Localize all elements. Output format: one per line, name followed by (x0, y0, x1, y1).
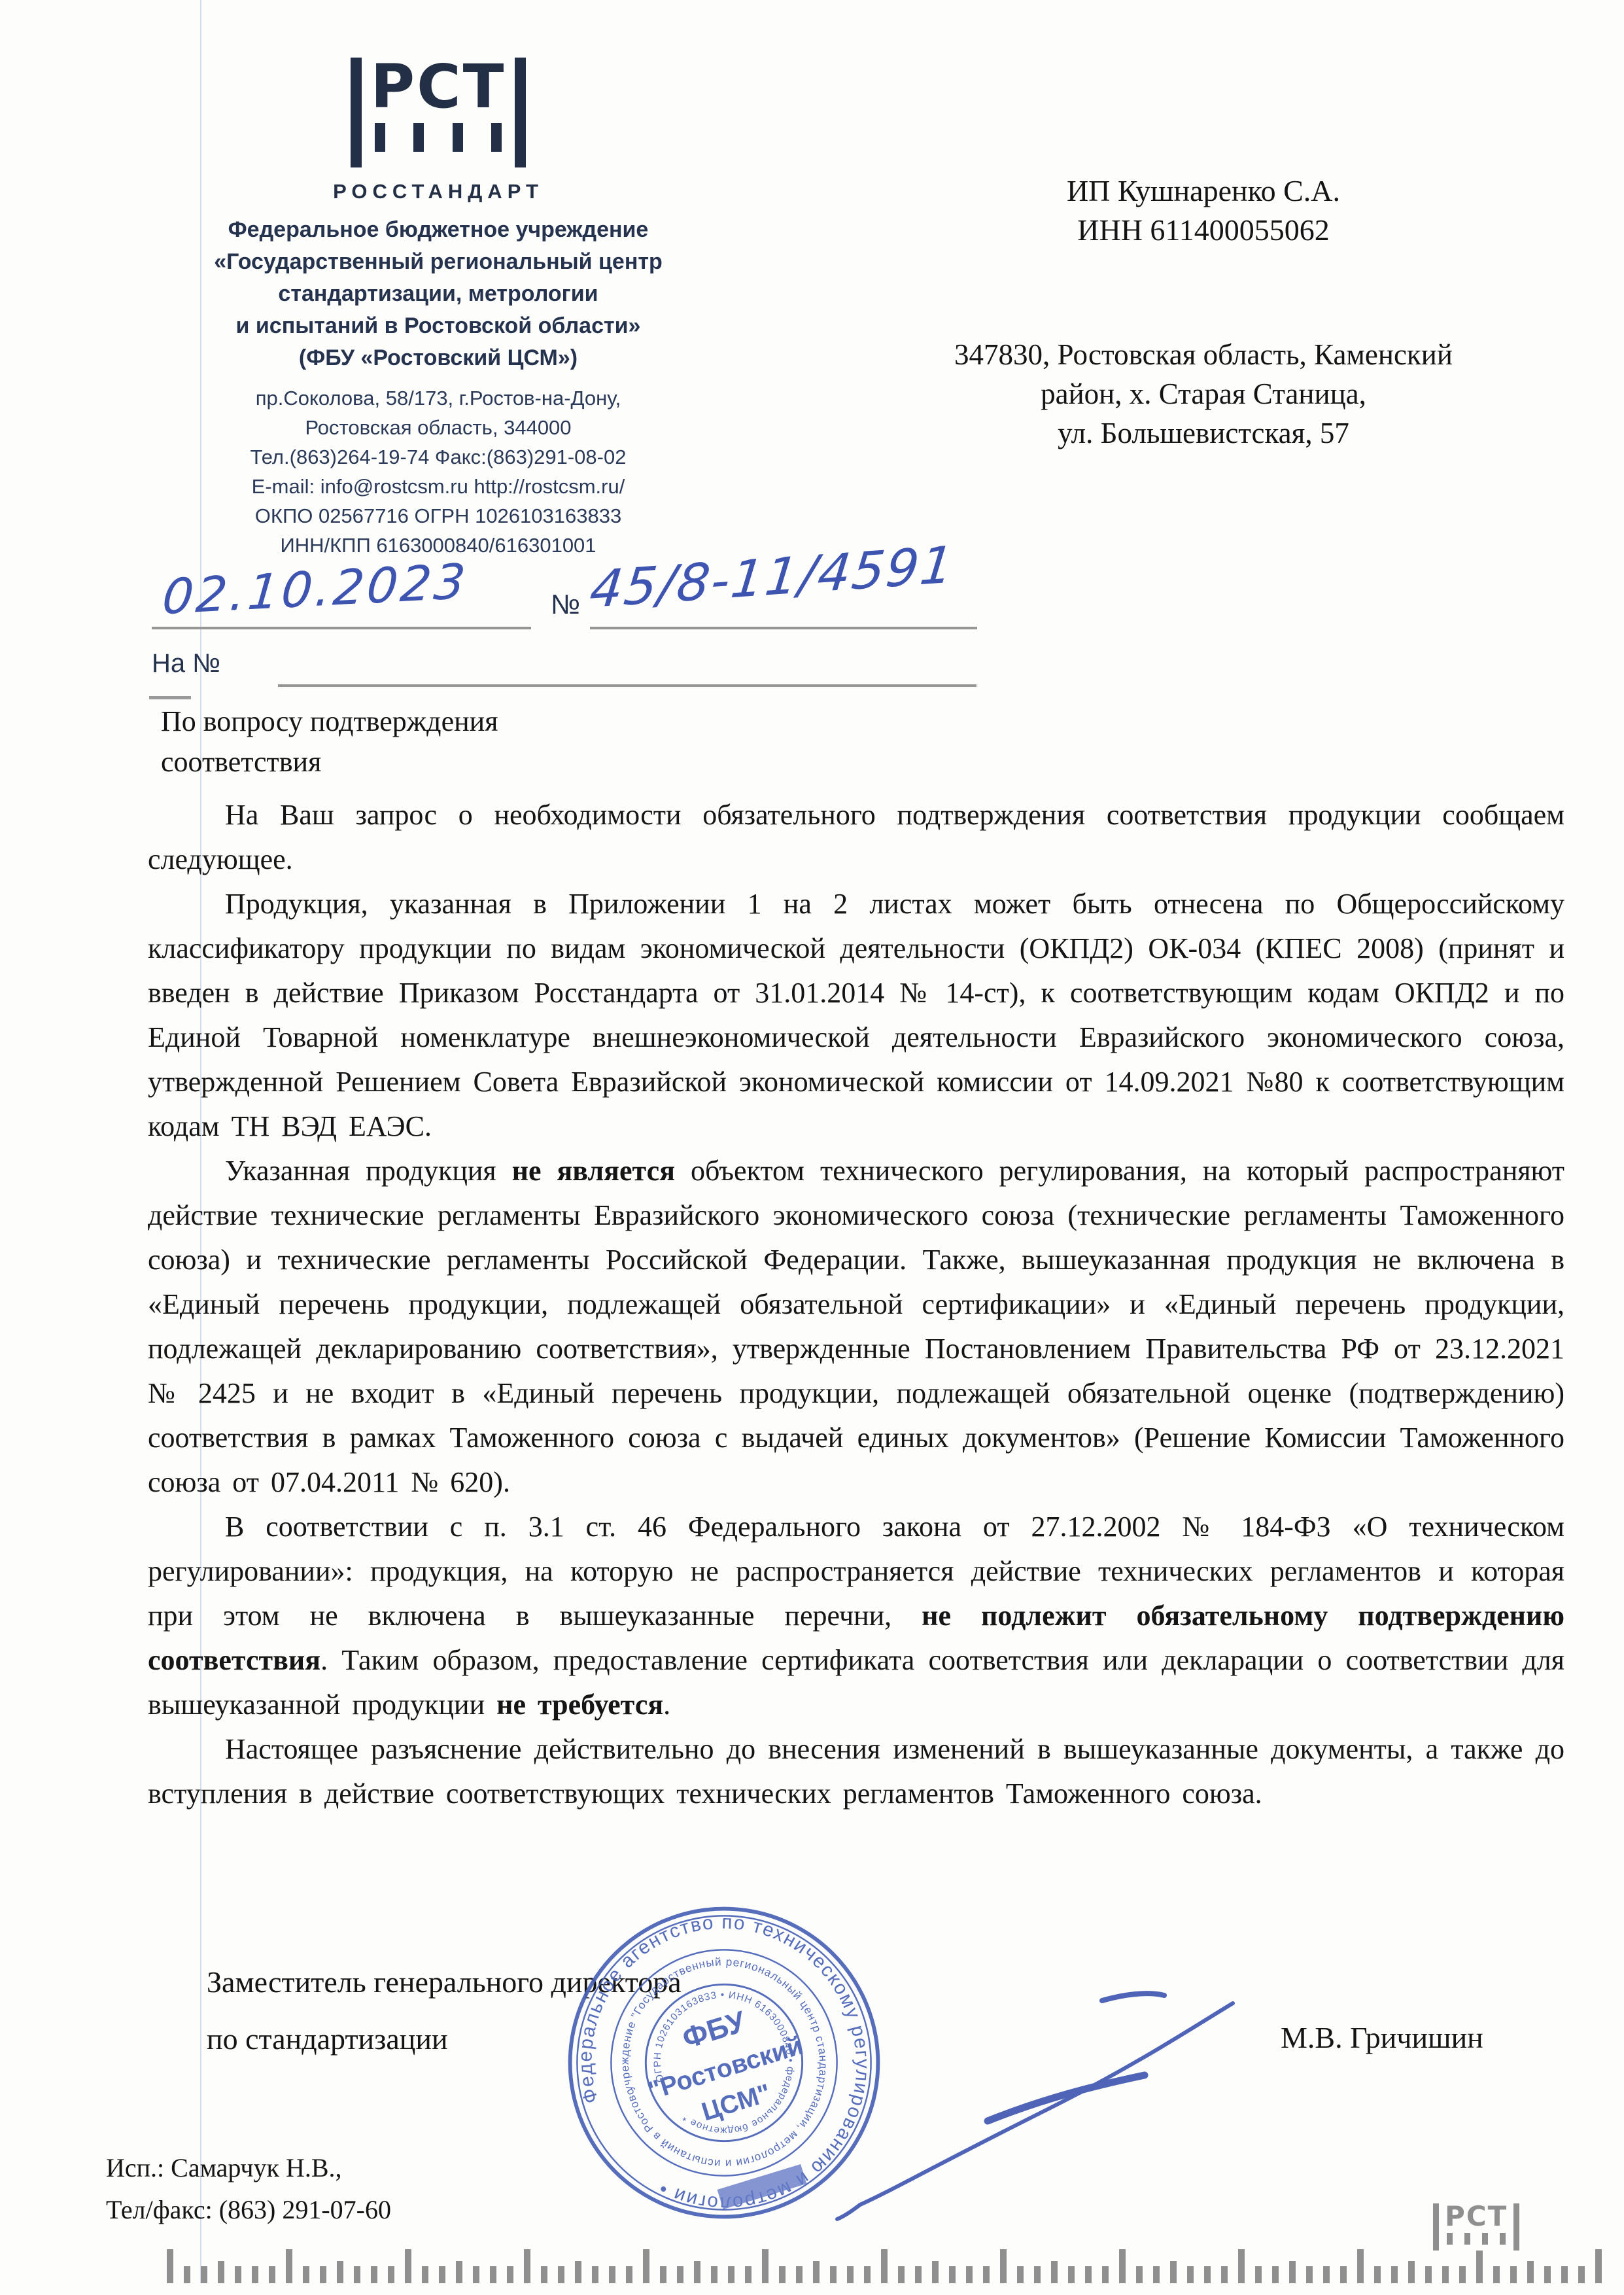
recipient-address: 347830, Ростовская область, Каменскийрай… (909, 335, 1498, 453)
paragraph: Настоящее разъяснение действительно до в… (148, 1727, 1564, 1816)
date-underline (152, 627, 531, 629)
text-line: Федеральное бюджетное учреждение (154, 214, 723, 246)
paragraph: На Ваш запрос о необходимости обязательн… (148, 793, 1564, 882)
text-line: E-mail: info@rostcsm.ru http://rostcsm.r… (154, 472, 723, 501)
handwritten-date: 02.10.2023 (160, 553, 470, 625)
text-line: Ростовская область, 344000 (154, 413, 723, 442)
text-line: ОКПО 02567716 ОГРН 1026103163833 (154, 501, 723, 531)
recipient-name: ИП Кушнаренко С.А. (909, 171, 1498, 211)
subject-line2: соответствия (161, 742, 658, 782)
reply-to-label: На № (152, 649, 220, 678)
recipient-inn: ИНН 611400055062 (909, 211, 1498, 250)
body-paragraphs: На Ваш запрос о необходимости обязательн… (148, 793, 1564, 1816)
text-line: (ФБУ «Ростовский ЦСМ») (154, 342, 723, 374)
footer-rst-left-bar (1433, 2203, 1439, 2251)
number-sign: № (551, 589, 580, 620)
ink-signature (831, 1950, 1262, 2224)
letterhead: РСТ РОССТАНДАРТ Федеральное бюджетное уч… (154, 58, 723, 560)
org-name: Федеральное бюджетное учреждение«Государ… (154, 214, 723, 374)
text-line: район, х. Старая Станица, (909, 374, 1498, 413)
paragraph: В соответствии с п. 3.1 ст. 46 Федеральн… (148, 1505, 1564, 1727)
rst-logo-left-bar (351, 58, 362, 167)
text-line: «Государственный региональный центр (154, 246, 723, 278)
recipient-block: ИП Кушнаренко С.А. ИНН 611400055062 3478… (909, 171, 1498, 453)
footer-rst-logo: РСТ (1429, 2203, 1523, 2251)
text-line: пр.Соколова, 58/173, г.Ростов-на-Дону, (154, 383, 723, 413)
letter-page: РСТ РОССТАНДАРТ Федеральное бюджетное уч… (0, 0, 1624, 2295)
executor-block: Исп.: Самарчук Н.В., Тел/факс: (863) 291… (106, 2147, 391, 2231)
org-contacts: пр.Соколова, 58/173, г.Ростов-на-Дону,Ро… (154, 383, 723, 560)
signer-position-line2: по стандартизации (207, 2022, 448, 2056)
rst-logo: РСТ (351, 58, 527, 167)
footer-rst-right-bar (1513, 2203, 1519, 2251)
text-line: Тел.(863)264-19-74 Факс:(863)291-08-02 (154, 442, 723, 472)
text-line: ул. Большевистская, 57 (909, 413, 1498, 453)
rst-logo-bars (371, 123, 506, 152)
text-line: и испытаний в Ростовской области» (154, 310, 723, 342)
footer-rst-letters: РСТ (1445, 2203, 1508, 2230)
reply-to-underline (278, 684, 976, 687)
number-underline (590, 627, 977, 629)
margin-corner-mark (149, 696, 191, 699)
executor-phone: Тел/факс: (863) 291-07-60 (106, 2189, 391, 2231)
rst-logo-right-bar (515, 58, 526, 167)
text-line: стандартизации, метрологии (154, 278, 723, 310)
subject-line1: По вопросу подтверждения (161, 701, 658, 742)
paragraph: Указанная продукция не является объектом… (148, 1149, 1564, 1505)
signer-name: М.В. Гричишин (1281, 2020, 1483, 2055)
rst-logo-letters: РСТ (371, 58, 506, 116)
subject: По вопросу подтверждения соответствия (161, 701, 658, 782)
executor-name: Исп.: Самарчук Н.В., (106, 2147, 391, 2189)
text-line: 347830, Ростовская область, Каменский (909, 335, 1498, 374)
footer-rst-bars (1445, 2233, 1508, 2245)
footer-tick-bar (167, 2248, 1614, 2283)
stamp-center-line1: ФБУ (678, 2005, 750, 2056)
paragraph: Продукция, указанная в Приложении 1 на 2… (148, 882, 1564, 1149)
brand-rosstandart: РОССТАНДАРТ (154, 180, 723, 203)
